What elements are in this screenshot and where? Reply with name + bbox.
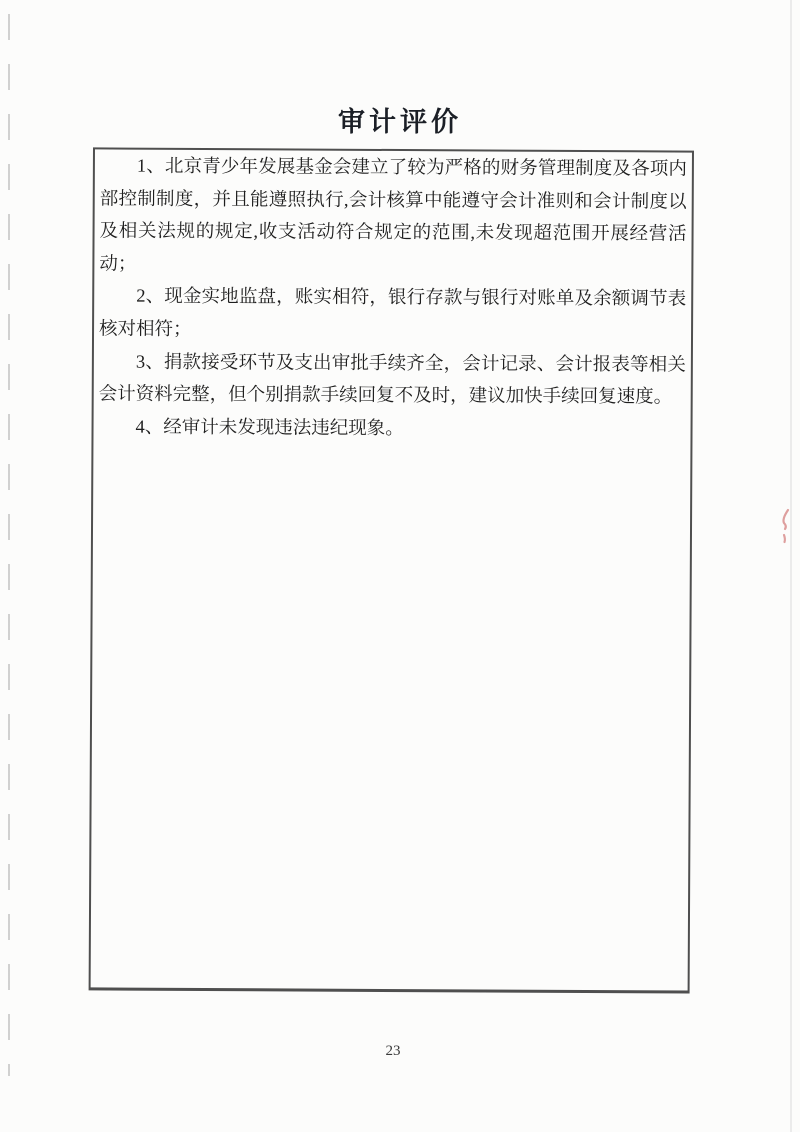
red-ink-dot	[784, 535, 785, 542]
audit-paragraph-1: 1、北京青少年发展基金会建立了较为严格的财务管理制度及各项内部控制制度，并且能遵…	[99, 150, 687, 283]
red-ink-mark	[775, 506, 795, 550]
binding-edge-marks	[8, 14, 10, 1076]
audit-evaluation-box: 1、北京青少年发展基金会建立了较为严格的财务管理制度及各项内部控制制度，并且能遵…	[89, 147, 694, 993]
page-title: 审计评价	[0, 100, 800, 139]
scanned-page: 审计评价 1、北京青少年发展基金会建立了较为严格的财务管理制度及各项内部控制制度…	[0, 0, 800, 1132]
audit-paragraph-3: 3、捐款接受环节及支出审批手续齐全，会计记录、会计报表等相关会计资料完整，但个别…	[99, 346, 686, 414]
page-number: 23	[0, 1043, 786, 1060]
red-ink-stroke	[784, 510, 789, 529]
scan-edge-line	[790, 0, 792, 1132]
audit-paragraph-2: 2、现金实地监盘，账实相符，银行存款与银行对账单及余额调节表核对相符；	[99, 281, 686, 349]
audit-paragraph-4: 4、经审计未发现违法违纪现象。	[98, 411, 685, 447]
